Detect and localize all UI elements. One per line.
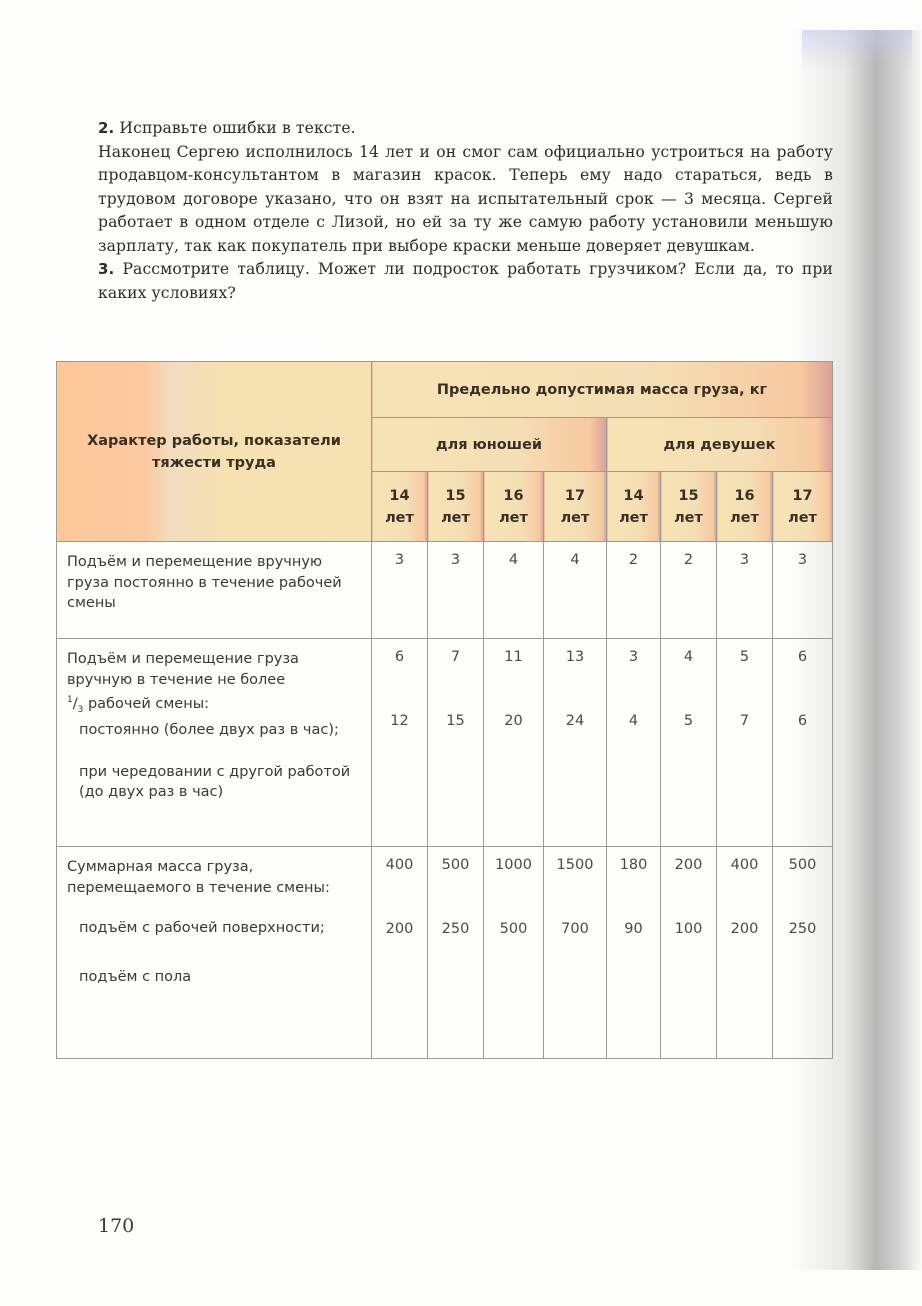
task-2-body: Наконец Сергею исполнилось 14 лет и он с… [98, 141, 833, 259]
age-unit: лет [773, 507, 832, 529]
value-b: 700 [544, 921, 606, 937]
value-cell: 1500700 [544, 847, 607, 1059]
value-b: 24 [544, 713, 606, 729]
value-a: 4 [661, 649, 716, 665]
value-cell: 612 [372, 639, 428, 847]
value-a: 400 [372, 857, 427, 873]
value-b: 250 [428, 921, 483, 937]
age-number: 16 [484, 485, 543, 507]
value-cell: 1324 [544, 639, 607, 847]
value-b: 12 [372, 713, 427, 729]
age-header-cell: 17лет [773, 472, 833, 542]
value-b: 200 [717, 921, 772, 937]
table-row: Суммарная масса груза, перемещаемого в т… [57, 847, 833, 1059]
value-a: 400 [717, 857, 772, 873]
value-cell: 3 [717, 542, 773, 639]
value-b: 20 [484, 713, 543, 729]
value-cell: 200100 [661, 847, 717, 1059]
age-header-cell: 16лет [484, 472, 544, 542]
value-cell: 1000500 [484, 847, 544, 1059]
work-type-header: Характер работы, показатели тяжести труд… [57, 362, 372, 542]
row-description: Подъём и перемещение вручную груза посто… [57, 542, 372, 639]
age-unit: лет [607, 507, 660, 529]
value-b: 500 [484, 921, 543, 937]
value-cell: 500250 [773, 847, 833, 1059]
task-2-heading: 2. Исправьте ошибки в тексте. [98, 117, 833, 141]
age-number: 17 [773, 485, 832, 507]
value-a: 13 [544, 649, 606, 665]
value-b: 90 [607, 921, 660, 937]
value-b: 6 [773, 713, 832, 729]
value-a: 200 [661, 857, 716, 873]
table-row: Подъём и перемещение вручную груза посто… [57, 542, 833, 639]
value-a: 11 [484, 649, 543, 665]
age-header-cell: 14лет [372, 472, 428, 542]
fraction-numerator: 1 [67, 695, 73, 705]
age-number: 17 [544, 485, 606, 507]
value-cell: 715 [428, 639, 484, 847]
age-number: 16 [717, 485, 772, 507]
task-3-heading: 3. Рассмотрите таблицу. Может ли подрост… [98, 258, 833, 305]
value-a: 1500 [544, 857, 606, 873]
age-unit: лет [544, 507, 606, 529]
page-edge-tint [802, 30, 912, 70]
value-cell: 57 [717, 639, 773, 847]
row-description: Суммарная масса груза, перемещаемого в т… [57, 847, 372, 1059]
age-header-cell: 16лет [717, 472, 773, 542]
fraction-one-third: 1/3 [67, 696, 83, 712]
age-unit: лет [661, 507, 716, 529]
age-unit: лет [717, 507, 772, 529]
girls-header: для девушек [607, 418, 833, 472]
page-number: 170 [98, 1215, 134, 1237]
value-cell: 400200 [372, 847, 428, 1059]
task-3-title: Рассмотрите таблицу. Может ли подросток … [98, 260, 833, 302]
value-cell: 400200 [717, 847, 773, 1059]
value-cell: 4 [544, 542, 607, 639]
row-description: Подъём и перемещение груза вручную в теч… [57, 639, 372, 847]
value-cell: 3 [372, 542, 428, 639]
value-b: 15 [428, 713, 483, 729]
fraction-denominator: 3 [78, 705, 84, 715]
value-cell: 3 [428, 542, 484, 639]
value-b: 200 [372, 921, 427, 937]
age-unit: лет [484, 507, 543, 529]
boys-header: для юношей [372, 418, 607, 472]
value-cell: 4 [484, 542, 544, 639]
value-cell: 2 [661, 542, 717, 639]
value-a: 6 [773, 649, 832, 665]
value-cell: 18090 [607, 847, 661, 1059]
age-number: 14 [372, 485, 427, 507]
age-unit: лет [372, 507, 427, 529]
value-a: 5 [717, 649, 772, 665]
value-a: 6 [372, 649, 427, 665]
value-a: 1000 [484, 857, 543, 873]
value-cell: 2 [607, 542, 661, 639]
value-b: 100 [661, 921, 716, 937]
age-header-cell: 15лет [661, 472, 717, 542]
value-b: 250 [773, 921, 832, 937]
value-b: 5 [661, 713, 716, 729]
table-row: Подъём и перемещение груза вручную в теч… [57, 639, 833, 847]
value-cell: 1120 [484, 639, 544, 847]
value-cell: 3 [773, 542, 833, 639]
max-mass-header: Предельно допустимая масса груза, кг [372, 362, 833, 418]
value-b: 7 [717, 713, 772, 729]
task-2-number: 2. [98, 119, 114, 137]
row-sub-b: при чередовании с другой работой (до дву… [67, 762, 363, 803]
row-sub-a: постоянно (более двух раз в час); [67, 720, 363, 741]
value-cell: 66 [773, 639, 833, 847]
value-cell: 34 [607, 639, 661, 847]
age-number: 15 [661, 485, 716, 507]
value-a: 180 [607, 857, 660, 873]
value-a: 3 [607, 649, 660, 665]
row-sub-b: подъём с пола [67, 967, 363, 988]
load-limits-table: Характер работы, показатели тяжести труд… [56, 361, 833, 1059]
row-description-intro-end: рабочей смены: [88, 696, 209, 712]
value-b: 4 [607, 713, 660, 729]
row-description-intro: Подъём и перемещение груза вручную в теч… [67, 651, 299, 688]
task-2-title: Исправьте ошибки в тексте. [119, 119, 355, 137]
row-description-intro: Суммарная масса груза, перемещаемого в т… [67, 859, 330, 896]
age-unit: лет [428, 507, 483, 529]
value-cell: 500250 [428, 847, 484, 1059]
value-a: 500 [773, 857, 832, 873]
value-a: 7 [428, 649, 483, 665]
exercise-text: 2. Исправьте ошибки в тексте. Наконец Се… [98, 117, 833, 305]
value-cell: 45 [661, 639, 717, 847]
age-number: 15 [428, 485, 483, 507]
age-header-cell: 17лет [544, 472, 607, 542]
task-3-number: 3. [98, 260, 114, 278]
age-header-cell: 15лет [428, 472, 484, 542]
row-sub-a: подъём с рабочей поверхности; [67, 918, 363, 939]
value-a: 500 [428, 857, 483, 873]
age-number: 14 [607, 485, 660, 507]
age-header-cell: 14лет [607, 472, 661, 542]
